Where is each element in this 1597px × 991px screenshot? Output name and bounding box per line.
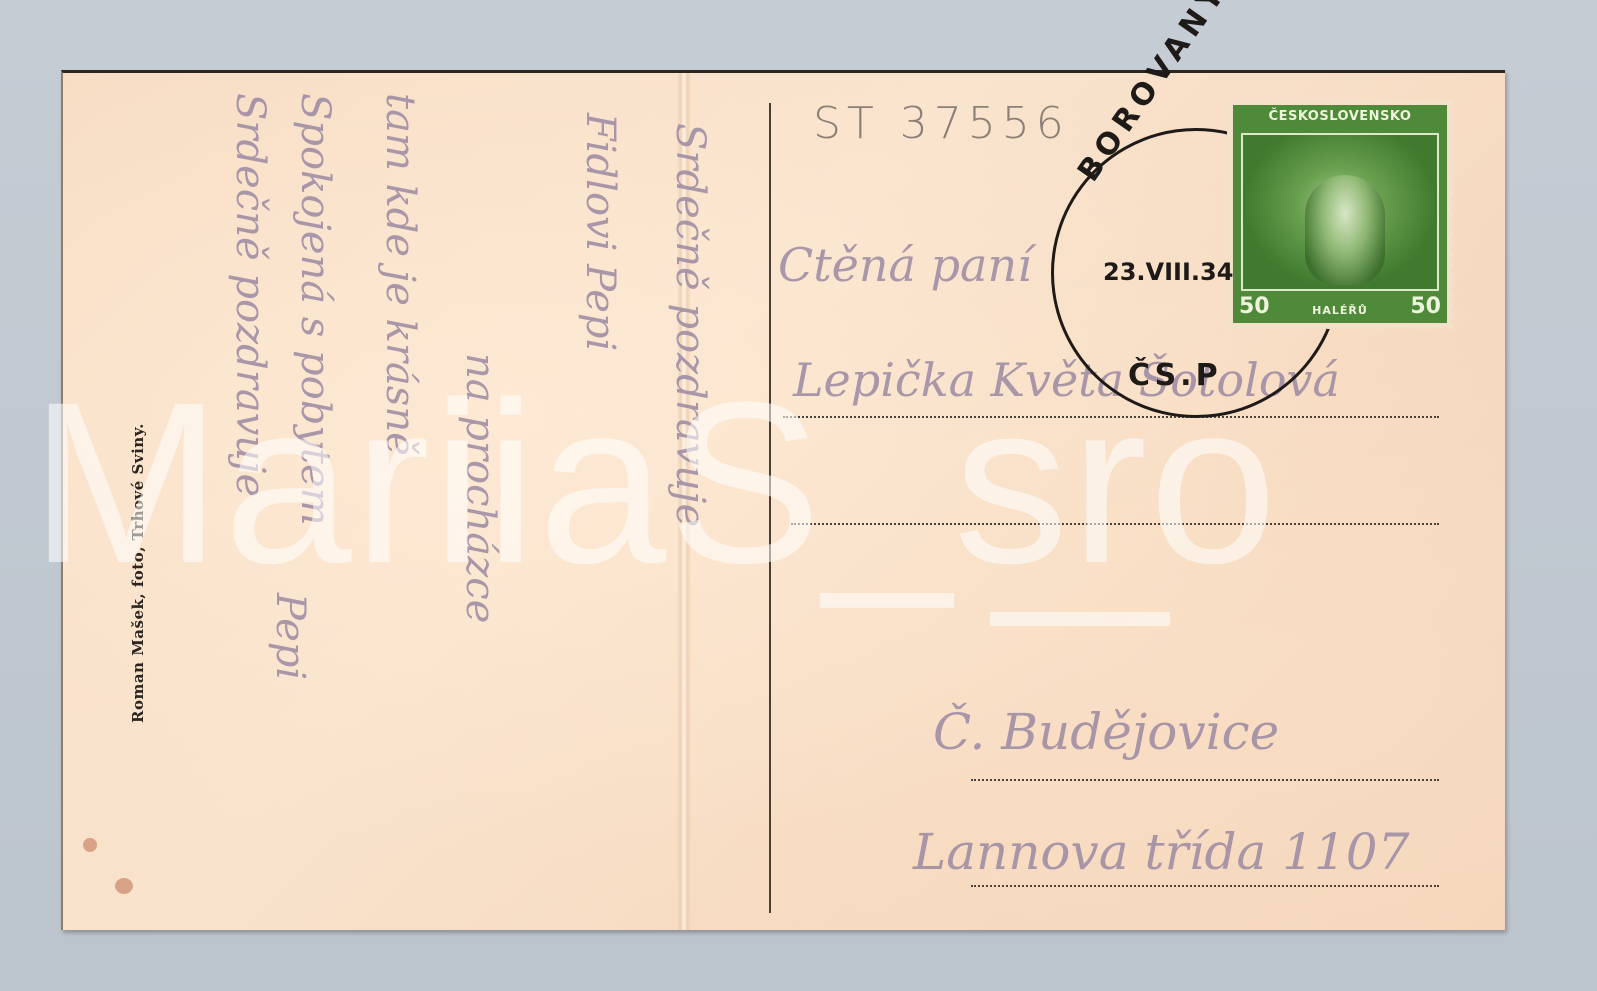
message-line: na procházce bbox=[457, 353, 503, 623]
stamp-portrait bbox=[1305, 175, 1385, 285]
message-line: Fidlovi Pepi bbox=[577, 113, 623, 351]
message-line: Srdečně pozdravuje bbox=[667, 123, 713, 527]
postmark-date: 23.VIII.34 bbox=[1103, 258, 1233, 286]
stain bbox=[115, 878, 133, 894]
address-dotted-line bbox=[971, 779, 1439, 781]
message-line: Srdečně pozdravuje bbox=[227, 93, 273, 497]
address-line-1: Ctěná paní bbox=[778, 238, 1032, 292]
publisher-imprint: Roman Mašek, foto, Trhové Sviny. bbox=[129, 423, 147, 723]
postmark-service: ČS.P bbox=[1128, 358, 1222, 393]
address-line-4: Lannova třída 1107 bbox=[913, 823, 1409, 881]
watermark-underscore bbox=[990, 612, 1170, 626]
address-dotted-line bbox=[791, 523, 1439, 525]
postage-stamp: ČESKOSLOVENSKO 50 HALÉŘŮ 50 bbox=[1229, 101, 1451, 327]
postcard: Roman Mašek, foto, Trhové Sviny. Srdečně… bbox=[61, 70, 1505, 930]
message-line: Spokojená s pobytem bbox=[292, 93, 338, 526]
stamp-value: 50 bbox=[1410, 294, 1441, 319]
address-dotted-line bbox=[783, 416, 1439, 418]
stamp-frame bbox=[1241, 133, 1439, 291]
address-dotted-line bbox=[971, 885, 1439, 887]
signature: Pepi bbox=[267, 593, 313, 680]
address-line-3: Č. Budějovice bbox=[933, 703, 1279, 761]
stamp-country: ČESKOSLOVENSKO bbox=[1233, 109, 1447, 124]
center-divider-line bbox=[769, 103, 771, 913]
message-line: tam kde je krásně bbox=[377, 93, 423, 456]
inventory-number: ST 37556 bbox=[813, 98, 1070, 149]
stain bbox=[83, 838, 97, 852]
